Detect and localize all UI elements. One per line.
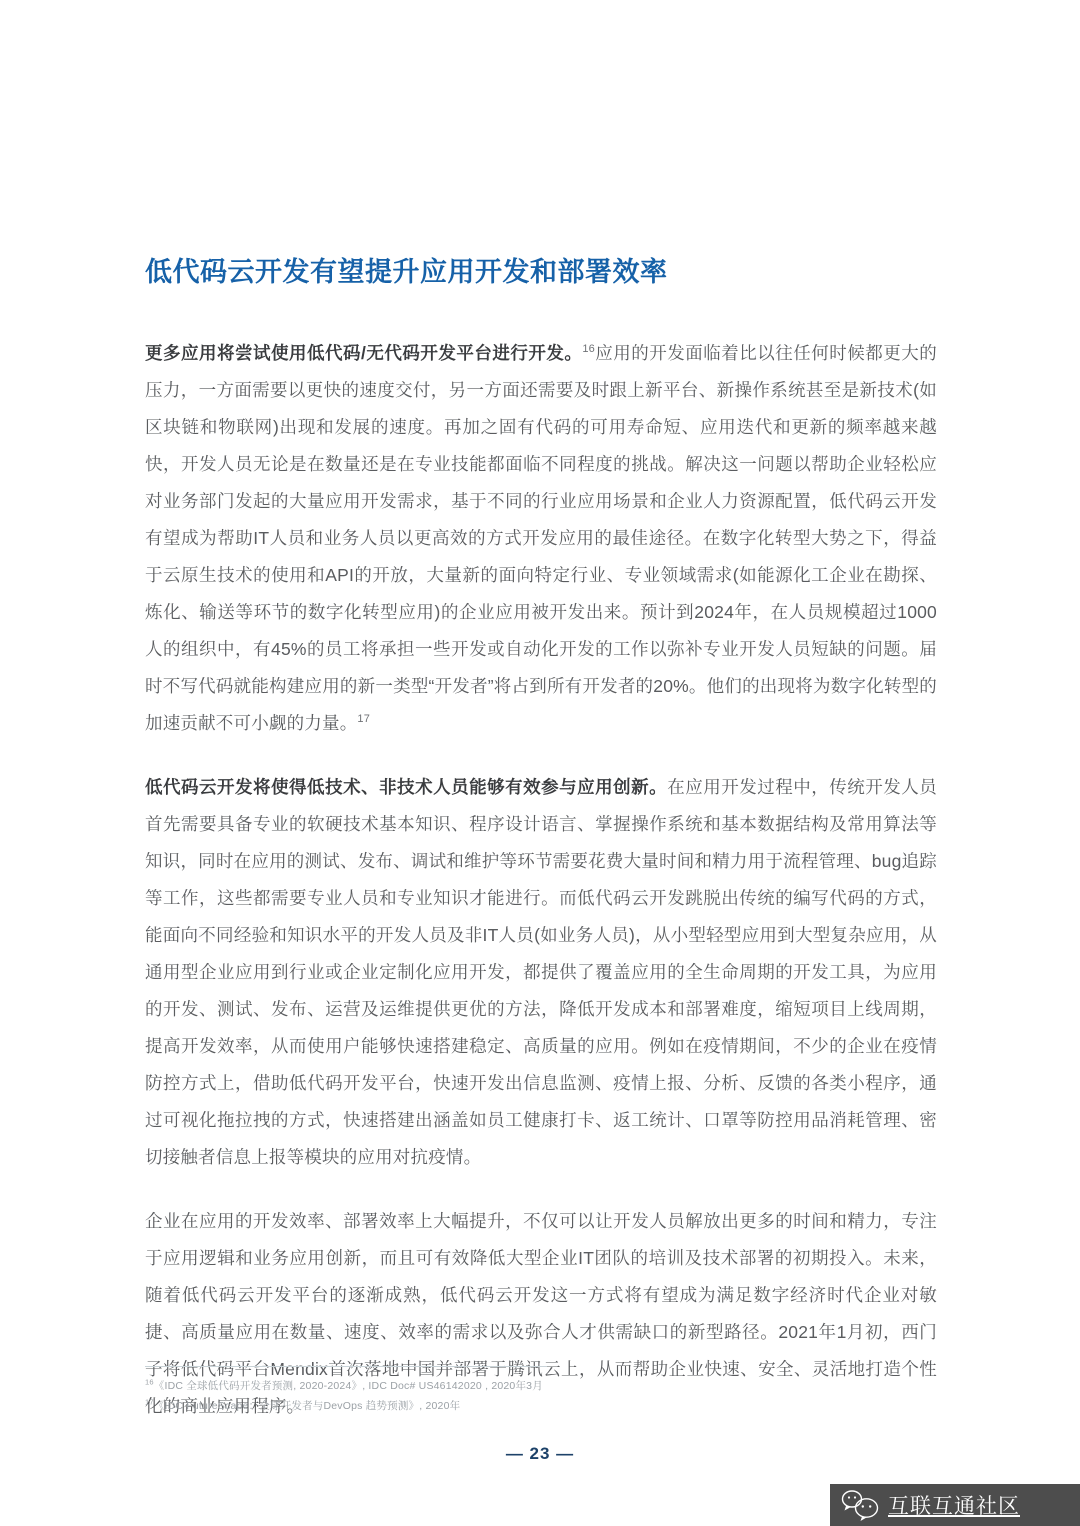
- section-title: 低代码云开发有望提升应用开发和部署效率: [145, 250, 937, 289]
- wechat-icon: [840, 1488, 880, 1522]
- footnote-item: 16《IDC 全球低代码开发者预测, 2020-2024》, IDC Doc# …: [145, 1376, 937, 1396]
- footnote-marker: 16: [145, 1378, 154, 1387]
- footnote-text: 《IDC FutureScape：全球开发者与DevOps 趋势预测》, 202…: [154, 1400, 461, 1412]
- paragraph-lead: 更多应用将尝试使用低代码/无代码开发平台进行开发。: [145, 343, 582, 363]
- article-body: 低代码云开发有望提升应用开发和部署效率 更多应用将尝试使用低代码/无代码开发平台…: [145, 250, 937, 1452]
- paragraph-lead: 低代码云开发将使得低技术、非技术人员能够有效参与应用创新。: [145, 777, 667, 797]
- paragraph-text: 应用的开发面临着比以往任何时候都更大的压力，一方面需要以更快的速度交付，另一方面…: [145, 343, 937, 733]
- paragraph-text: 在应用开发过程中，传统开发人员首先需要具备专业的软硬技术基本知识、程序设计语言、…: [145, 777, 937, 1167]
- footnote-ref: 17: [357, 713, 370, 725]
- paragraph: 低代码云开发将使得低技术、非技术人员能够有效参与应用创新。在应用开发过程中，传统…: [145, 769, 937, 1176]
- document-page: 低代码云开发有望提升应用开发和部署效率 更多应用将尝试使用低代码/无代码开发平台…: [0, 0, 1080, 1526]
- footnote-marker: 17: [145, 1398, 154, 1407]
- footnotes-section: 16《IDC 全球低代码开发者预测, 2020-2024》, IDC Doc# …: [145, 1366, 937, 1416]
- paragraph: 更多应用将尝试使用低代码/无代码开发平台进行开发。16应用的开发面临着比以往任何…: [145, 335, 937, 742]
- community-watermark: 互联互通社区: [830, 1484, 1080, 1526]
- page-number: — 23 —: [0, 1444, 1080, 1464]
- footnote-divider: [145, 1366, 547, 1367]
- watermark-label: 互联互通社区: [888, 1490, 1020, 1520]
- footnote-text: 《IDC 全球低代码开发者预测, 2020-2024》, IDC Doc# US…: [154, 1380, 543, 1392]
- footnote-item: 17《IDC FutureScape：全球开发者与DevOps 趋势预测》, 2…: [145, 1396, 937, 1416]
- footnote-ref: 16: [582, 343, 595, 355]
